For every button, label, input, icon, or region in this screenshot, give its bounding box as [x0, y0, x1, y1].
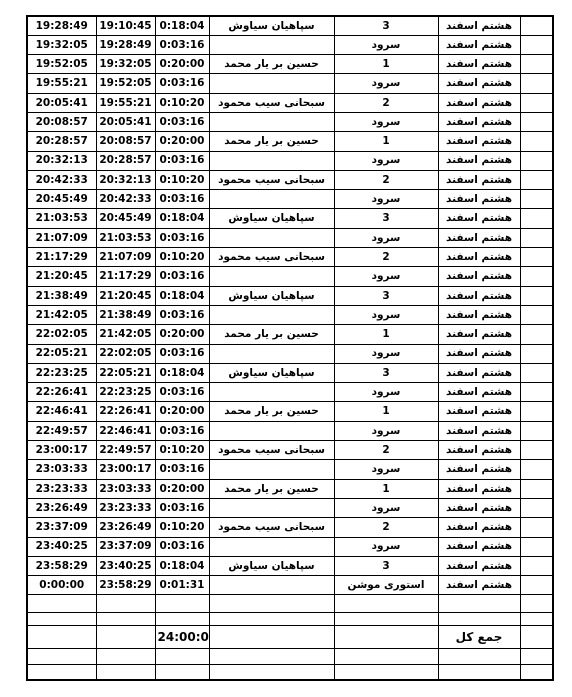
cell-spacer	[520, 286, 553, 305]
cell-duration: 0:03:16	[155, 383, 209, 402]
table-row: 20:45:49 20:42:33 0:03:16 سرود هشتم اسفن…	[27, 190, 553, 209]
cell-start-time: 20:45:49	[96, 209, 155, 228]
cell-item-type: سرود	[334, 112, 438, 131]
cell-date: هشتم اسفند	[438, 112, 520, 131]
cell-start-time: 22:05:21	[96, 363, 155, 382]
table-row: 19:28:49 19:10:45 0:18:04 سپاهیان سیاوش …	[27, 16, 553, 35]
cell-performer-name	[209, 460, 334, 479]
cell-performer-name: سبحانی سیب محمود	[209, 441, 334, 460]
cell-duration	[155, 595, 209, 613]
cell-item-type: 2	[334, 248, 438, 267]
cell-performer-name: سپاهیان سیاوش	[209, 363, 334, 382]
cell-performer-name	[209, 383, 334, 402]
cell-duration: 0:10:20	[155, 248, 209, 267]
cell-date: هشتم اسفند	[438, 248, 520, 267]
cell-performer-name: حسین بر یار محمد	[209, 325, 334, 344]
cell-duration: 0:18:04	[155, 363, 209, 382]
cell-spacer	[520, 267, 553, 286]
cell-end-time: 19:55:21	[27, 74, 96, 93]
cell-duration	[155, 649, 209, 665]
table-row: 19:32:05 19:28:49 0:03:16 سرود هشتم اسفن…	[27, 35, 553, 54]
cell-duration: 0:03:16	[155, 190, 209, 209]
cell-item-type: سرود	[334, 74, 438, 93]
cell-end-time: 22:02:05	[27, 325, 96, 344]
table-row: 21:03:53 20:45:49 0:18:04 سپاهیان سیاوش …	[27, 209, 553, 228]
cell-end-time: 21:20:45	[27, 267, 96, 286]
cell-start-time: 23:23:33	[96, 498, 155, 517]
cell-end-time: 0:00:00	[27, 576, 96, 595]
cell-item-type	[334, 626, 438, 649]
cell-spacer	[520, 498, 553, 517]
cell-spacer	[520, 228, 553, 247]
cell-spacer	[520, 305, 553, 324]
cell-spacer	[520, 613, 553, 626]
cell-spacer	[520, 248, 553, 267]
cell-start-time: 21:03:53	[96, 228, 155, 247]
table-row: 24:00:00 جمع کل	[27, 626, 553, 649]
cell-duration: 0:18:04	[155, 286, 209, 305]
table-row: 22:05:21 22:02:05 0:03:16 سرود هشتم اسفن…	[27, 344, 553, 363]
cell-date: هشتم اسفند	[438, 305, 520, 324]
cell-end-time: 21:07:09	[27, 228, 96, 247]
cell-item-type: سرود	[334, 344, 438, 363]
cell-spacer	[520, 576, 553, 595]
cell-item-type: 1	[334, 402, 438, 421]
cell-date: هشتم اسفند	[438, 170, 520, 189]
cell-spacer	[520, 151, 553, 170]
cell-start-time: 20:08:57	[96, 132, 155, 151]
cell-start-time: 19:32:05	[96, 55, 155, 74]
table-row: 22:26:41 22:23:25 0:03:16 سرود هشتم اسفن…	[27, 383, 553, 402]
cell-end-time: 22:46:41	[27, 402, 96, 421]
cell-performer-name	[209, 613, 334, 626]
table-row: 23:37:09 23:26:49 0:10:20 سبحانی سیب محم…	[27, 518, 553, 537]
table-row: 20:32:13 20:28:57 0:03:16 سرود هشتم اسفن…	[27, 151, 553, 170]
cell-item-type	[334, 649, 438, 665]
cell-spacer	[520, 626, 553, 649]
cell-performer-name	[209, 498, 334, 517]
cell-start-time: 20:32:13	[96, 170, 155, 189]
cell-spacer	[520, 441, 553, 460]
cell-duration: 24:00:00	[155, 626, 209, 649]
table-row: 21:38:49 21:20:45 0:18:04 سپاهیان سیاوش …	[27, 286, 553, 305]
cell-item-type: سرود	[334, 421, 438, 440]
cell-duration: 0:03:16	[155, 421, 209, 440]
cell-item-type: سرود	[334, 305, 438, 324]
cell-start-time: 23:03:33	[96, 479, 155, 498]
cell-duration: 0:20:00	[155, 325, 209, 344]
cell-end-time: 21:03:53	[27, 209, 96, 228]
cell-date: هشتم اسفند	[438, 55, 520, 74]
cell-spacer	[520, 402, 553, 421]
cell-start-time	[96, 649, 155, 665]
cell-duration: 0:18:04	[155, 556, 209, 575]
schedule-table-body: 19:28:49 19:10:45 0:18:04 سپاهیان سیاوش …	[27, 16, 553, 680]
cell-duration: 0:10:20	[155, 93, 209, 112]
cell-date: هشتم اسفند	[438, 35, 520, 54]
cell-start-time: 23:26:49	[96, 518, 155, 537]
cell-performer-name	[209, 649, 334, 665]
cell-duration: 0:10:20	[155, 518, 209, 537]
cell-duration: 0:10:20	[155, 170, 209, 189]
cell-performer-name: سبحانی سیب محمود	[209, 170, 334, 189]
cell-end-time: 22:49:57	[27, 421, 96, 440]
cell-date: هشتم اسفند	[438, 441, 520, 460]
cell-spacer	[520, 74, 553, 93]
cell-spacer	[520, 460, 553, 479]
cell-performer-name	[209, 421, 334, 440]
cell-end-time: 23:40:25	[27, 537, 96, 556]
cell-duration: 0:03:16	[155, 267, 209, 286]
cell-end-time: 23:23:33	[27, 479, 96, 498]
cell-spacer	[520, 479, 553, 498]
cell-date: هشتم اسفند	[438, 576, 520, 595]
cell-duration: 0:03:16	[155, 228, 209, 247]
cell-performer-name: حسین بر یار محمد	[209, 402, 334, 421]
cell-duration: 0:03:16	[155, 344, 209, 363]
cell-date	[438, 595, 520, 613]
cell-duration: 0:20:00	[155, 132, 209, 151]
cell-item-type	[334, 665, 438, 680]
cell-start-time: 22:26:41	[96, 402, 155, 421]
cell-date: هشتم اسفند	[438, 537, 520, 556]
cell-date: هشتم اسفند	[438, 556, 520, 575]
cell-spacer	[520, 383, 553, 402]
cell-start-time: 23:40:25	[96, 556, 155, 575]
cell-date: هشتم اسفند	[438, 402, 520, 421]
cell-date: هشتم اسفند	[438, 479, 520, 498]
table-row: 21:20:45 21:17:29 0:03:16 سرود هشتم اسفن…	[27, 267, 553, 286]
cell-item-type: 3	[334, 16, 438, 35]
cell-end-time: 23:03:33	[27, 460, 96, 479]
cell-performer-name	[209, 151, 334, 170]
cell-spacer	[520, 209, 553, 228]
cell-date: هشتم اسفند	[438, 460, 520, 479]
cell-duration: 0:03:16	[155, 460, 209, 479]
cell-duration	[155, 613, 209, 626]
cell-performer-name	[209, 595, 334, 613]
cell-duration: 0:03:16	[155, 305, 209, 324]
cell-date: هشتم اسفند	[438, 383, 520, 402]
cell-spacer	[520, 325, 553, 344]
cell-duration: 0:10:20	[155, 441, 209, 460]
cell-end-time: 20:28:57	[27, 132, 96, 151]
cell-performer-name	[209, 665, 334, 680]
table-row: 20:28:57 20:08:57 0:20:00 حسین بر یار مح…	[27, 132, 553, 151]
cell-start-time	[96, 613, 155, 626]
cell-end-time: 21:42:05	[27, 305, 96, 324]
table-row: 23:03:33 23:00:17 0:03:16 سرود هشتم اسفن…	[27, 460, 553, 479]
cell-duration: 0:03:16	[155, 537, 209, 556]
cell-spacer	[520, 170, 553, 189]
cell-end-time: 23:58:29	[27, 556, 96, 575]
cell-end-time: 19:52:05	[27, 55, 96, 74]
cell-end-time: 21:17:29	[27, 248, 96, 267]
table-row: 22:46:41 22:26:41 0:20:00 حسین بر یار مح…	[27, 402, 553, 421]
cell-duration: 0:18:04	[155, 209, 209, 228]
cell-start-time: 21:20:45	[96, 286, 155, 305]
table-row: 21:07:09 21:03:53 0:03:16 سرود هشتم اسفن…	[27, 228, 553, 247]
cell-duration: 0:20:00	[155, 55, 209, 74]
cell-end-time: 20:32:13	[27, 151, 96, 170]
cell-date: هشتم اسفند	[438, 16, 520, 35]
cell-end-time: 19:28:49	[27, 16, 96, 35]
cell-item-type: سرود	[334, 228, 438, 247]
cell-item-type	[334, 613, 438, 626]
cell-item-type: 1	[334, 479, 438, 498]
cell-date	[438, 613, 520, 626]
cell-performer-name	[209, 267, 334, 286]
cell-date: هشتم اسفند	[438, 286, 520, 305]
cell-end-time	[27, 626, 96, 649]
table-row: 22:49:57 22:46:41 0:03:16 سرود هشتم اسفن…	[27, 421, 553, 440]
cell-date: هشتم اسفند	[438, 267, 520, 286]
cell-date: هشتم اسفند	[438, 209, 520, 228]
cell-performer-name: حسین بر یار محمد	[209, 479, 334, 498]
cell-duration: 0:03:16	[155, 112, 209, 131]
cell-start-time: 23:58:29	[96, 576, 155, 595]
table-row	[27, 649, 553, 665]
cell-start-time: 22:02:05	[96, 344, 155, 363]
cell-performer-name: حسین بر یار محمد	[209, 132, 334, 151]
cell-start-time: 22:46:41	[96, 421, 155, 440]
table-row: 21:17:29 21:07:09 0:10:20 سبحانی سیب محم…	[27, 248, 553, 267]
cell-performer-name: سبحانی سیب محمود	[209, 248, 334, 267]
cell-start-time: 20:28:57	[96, 151, 155, 170]
cell-date: هشتم اسفند	[438, 151, 520, 170]
cell-start-time: 19:55:21	[96, 93, 155, 112]
cell-start-time: 21:17:29	[96, 267, 155, 286]
cell-duration: 0:18:04	[155, 16, 209, 35]
cell-date: هشتم اسفند	[438, 421, 520, 440]
cell-item-type: 3	[334, 556, 438, 575]
cell-date: هشتم اسفند	[438, 518, 520, 537]
cell-date: هشتم اسفند	[438, 344, 520, 363]
cell-start-time: 21:42:05	[96, 325, 155, 344]
cell-spacer	[520, 556, 553, 575]
cell-start-time	[96, 626, 155, 649]
cell-date: هشتم اسفند	[438, 190, 520, 209]
cell-end-time: 19:32:05	[27, 35, 96, 54]
cell-date: هشتم اسفند	[438, 498, 520, 517]
cell-spacer	[520, 665, 553, 680]
cell-performer-name	[209, 344, 334, 363]
cell-spacer	[520, 363, 553, 382]
cell-date: هشتم اسفند	[438, 132, 520, 151]
cell-start-time: 21:07:09	[96, 248, 155, 267]
cell-item-type: سرود	[334, 460, 438, 479]
cell-start-time: 22:49:57	[96, 441, 155, 460]
cell-spacer	[520, 35, 553, 54]
cell-item-type: 1	[334, 325, 438, 344]
cell-item-type: 2	[334, 170, 438, 189]
cell-date: هشتم اسفند	[438, 93, 520, 112]
cell-date: هشتم اسفند	[438, 363, 520, 382]
cell-end-time: 20:05:41	[27, 93, 96, 112]
table-row: 21:42:05 21:38:49 0:03:16 سرود هشتم اسفن…	[27, 305, 553, 324]
cell-spacer	[520, 537, 553, 556]
spreadsheet-page: 19:28:49 19:10:45 0:18:04 سپاهیان سیاوش …	[0, 0, 572, 697]
cell-duration: 0:03:16	[155, 74, 209, 93]
cell-performer-name	[209, 74, 334, 93]
cell-end-time	[27, 595, 96, 613]
cell-spacer	[520, 421, 553, 440]
table-row: 23:58:29 23:40:25 0:18:04 سپاهیان سیاوش …	[27, 556, 553, 575]
table-row: 23:23:33 23:03:33 0:20:00 حسین بر یار مح…	[27, 479, 553, 498]
cell-spacer	[520, 112, 553, 131]
cell-spacer	[520, 344, 553, 363]
cell-date: هشتم اسفند	[438, 325, 520, 344]
cell-date	[438, 649, 520, 665]
cell-start-time: 22:23:25	[96, 383, 155, 402]
table-row: 23:40:25 23:37:09 0:03:16 سرود هشتم اسفن…	[27, 537, 553, 556]
cell-performer-name: سبحانی سیب محمود	[209, 518, 334, 537]
cell-item-type: سرود	[334, 267, 438, 286]
schedule-table: 19:28:49 19:10:45 0:18:04 سپاهیان سیاوش …	[26, 15, 554, 681]
cell-performer-name: سبحانی سیب محمود	[209, 93, 334, 112]
cell-end-time: 21:38:49	[27, 286, 96, 305]
cell-item-type: استوری موشن	[334, 576, 438, 595]
cell-date	[438, 665, 520, 680]
table-row: 20:42:33 20:32:13 0:10:20 سبحانی سیب محم…	[27, 170, 553, 189]
cell-performer-name	[209, 305, 334, 324]
cell-item-type: 1	[334, 132, 438, 151]
cell-end-time	[27, 649, 96, 665]
cell-start-time: 23:37:09	[96, 537, 155, 556]
table-row: 0:00:00 23:58:29 0:01:31 استوری موشن هشت…	[27, 576, 553, 595]
cell-duration	[155, 665, 209, 680]
table-row: 20:08:57 20:05:41 0:03:16 سرود هشتم اسفن…	[27, 112, 553, 131]
cell-end-time: 20:42:33	[27, 170, 96, 189]
cell-item-type: 2	[334, 93, 438, 112]
table-row: 22:23:25 22:05:21 0:18:04 سپاهیان سیاوش …	[27, 363, 553, 382]
cell-start-time: 19:28:49	[96, 35, 155, 54]
cell-start-time	[96, 665, 155, 680]
cell-end-time: 22:05:21	[27, 344, 96, 363]
cell-performer-name	[209, 537, 334, 556]
cell-item-type: سرود	[334, 190, 438, 209]
cell-spacer	[520, 132, 553, 151]
cell-performer-name: حسین بر یار محمد	[209, 55, 334, 74]
cell-spacer	[520, 93, 553, 112]
cell-item-type: 3	[334, 209, 438, 228]
table-row: 19:52:05 19:32:05 0:20:00 حسین بر یار مح…	[27, 55, 553, 74]
cell-start-time	[96, 595, 155, 613]
table-row: 19:55:21 19:52:05 0:03:16 سرود هشتم اسفن…	[27, 74, 553, 93]
cell-end-time: 22:26:41	[27, 383, 96, 402]
cell-item-type: سرود	[334, 383, 438, 402]
cell-performer-name	[209, 35, 334, 54]
table-row: 23:26:49 23:23:33 0:03:16 سرود هشتم اسفن…	[27, 498, 553, 517]
cell-performer-name: سپاهیان سیاوش	[209, 286, 334, 305]
cell-duration: 0:03:16	[155, 498, 209, 517]
cell-item-type: سرود	[334, 35, 438, 54]
cell-item-type: سرود	[334, 498, 438, 517]
cell-end-time	[27, 665, 96, 680]
cell-duration: 0:03:16	[155, 35, 209, 54]
cell-date: هشتم اسفند	[438, 74, 520, 93]
cell-end-time: 20:45:49	[27, 190, 96, 209]
cell-duration: 0:20:00	[155, 479, 209, 498]
cell-item-type: 2	[334, 441, 438, 460]
cell-start-time: 23:00:17	[96, 460, 155, 479]
cell-performer-name	[209, 112, 334, 131]
cell-spacer	[520, 190, 553, 209]
cell-end-time: 23:37:09	[27, 518, 96, 537]
table-row	[27, 665, 553, 680]
cell-duration: 0:20:00	[155, 402, 209, 421]
cell-item-type: 2	[334, 518, 438, 537]
cell-item-type: 1	[334, 55, 438, 74]
cell-date: هشتم اسفند	[438, 228, 520, 247]
cell-date: جمع کل	[438, 626, 520, 649]
table-row: 22:02:05 21:42:05 0:20:00 حسین بر یار مح…	[27, 325, 553, 344]
cell-end-time: 23:26:49	[27, 498, 96, 517]
cell-performer-name: سپاهیان سیاوش	[209, 209, 334, 228]
cell-item-type	[334, 595, 438, 613]
cell-performer-name	[209, 228, 334, 247]
table-row: 23:00:17 22:49:57 0:10:20 سبحانی سیب محم…	[27, 441, 553, 460]
cell-performer-name	[209, 626, 334, 649]
cell-start-time: 20:42:33	[96, 190, 155, 209]
cell-end-time: 20:08:57	[27, 112, 96, 131]
cell-spacer	[520, 649, 553, 665]
cell-item-type: سرود	[334, 537, 438, 556]
cell-performer-name	[209, 576, 334, 595]
cell-start-time: 21:38:49	[96, 305, 155, 324]
cell-start-time: 19:52:05	[96, 74, 155, 93]
cell-item-type: 3	[334, 363, 438, 382]
cell-performer-name: سپاهیان سیاوش	[209, 16, 334, 35]
cell-end-time: 22:23:25	[27, 363, 96, 382]
table-row	[27, 613, 553, 626]
cell-duration: 0:01:31	[155, 576, 209, 595]
cell-end-time: 23:00:17	[27, 441, 96, 460]
cell-duration: 0:03:16	[155, 151, 209, 170]
cell-spacer	[520, 55, 553, 74]
cell-performer-name: سپاهیان سیاوش	[209, 556, 334, 575]
table-row: 20:05:41 19:55:21 0:10:20 سبحانی سیب محم…	[27, 93, 553, 112]
cell-item-type: سرود	[334, 151, 438, 170]
cell-spacer	[520, 518, 553, 537]
cell-spacer	[520, 595, 553, 613]
cell-start-time: 19:10:45	[96, 16, 155, 35]
table-row	[27, 595, 553, 613]
cell-start-time: 20:05:41	[96, 112, 155, 131]
cell-spacer	[520, 16, 553, 35]
cell-item-type: 3	[334, 286, 438, 305]
cell-performer-name	[209, 190, 334, 209]
cell-end-time	[27, 613, 96, 626]
